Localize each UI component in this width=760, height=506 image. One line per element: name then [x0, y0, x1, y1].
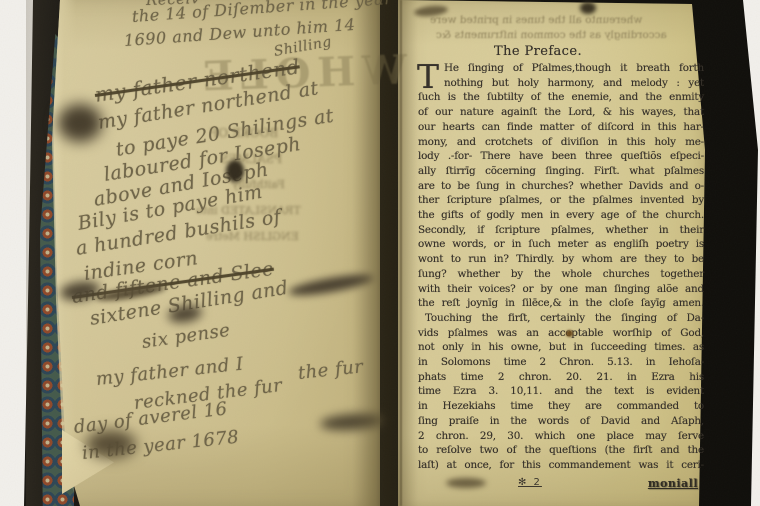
left-page	[50, 0, 380, 506]
book-photograph: WHOLE BOOKE OF PSALMES Faithfully TRANSL…	[0, 0, 760, 506]
right-page	[398, 0, 708, 506]
gutter-crease	[400, 0, 402, 506]
